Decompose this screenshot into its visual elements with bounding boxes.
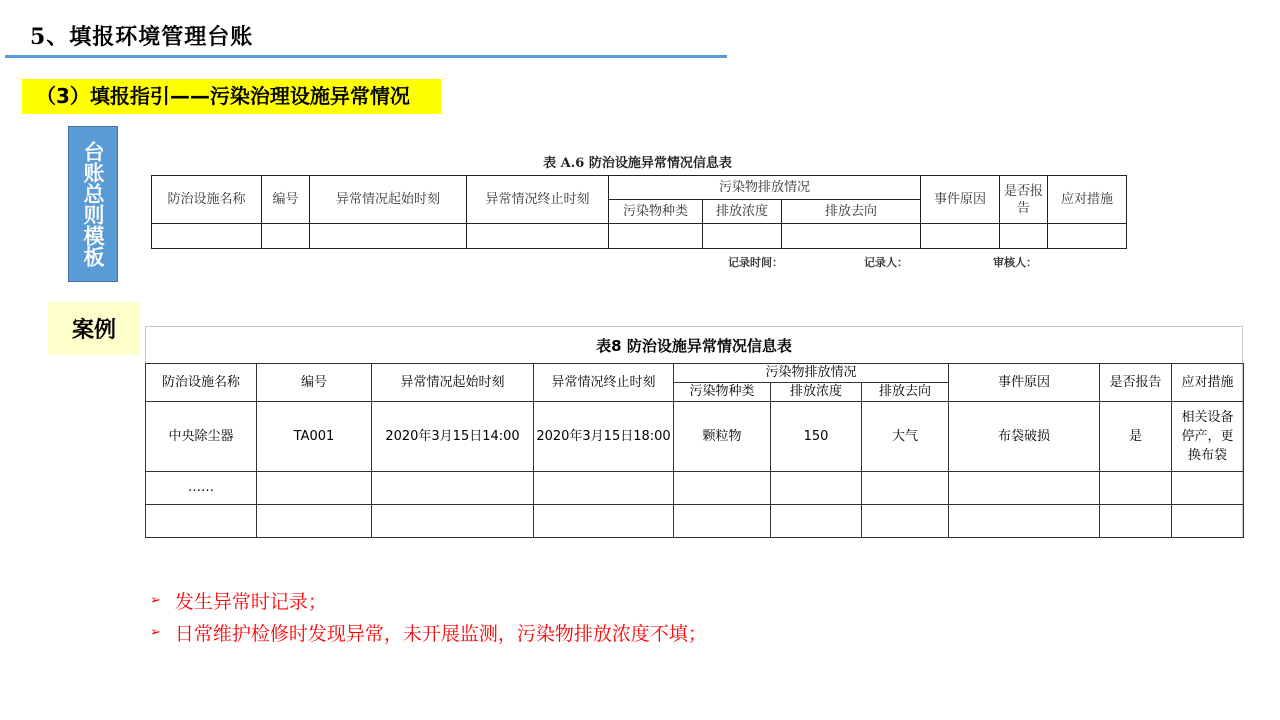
cell-start-time xyxy=(372,472,534,505)
cell xyxy=(1000,224,1048,249)
section-label: （3）填报指引——污染治理设施异常情况 xyxy=(22,79,441,114)
template-table: 防治设施名称 编号 异常情况起始时刻 异常情况终止时刻 污染物排放情况 事件原因… xyxy=(151,175,1127,249)
record-time-label: 记录时间： xyxy=(728,254,783,270)
cell xyxy=(609,224,703,249)
header-measures: 应对措施 xyxy=(1172,364,1244,402)
header-facility-name: 防治设施名称 xyxy=(146,364,257,402)
table-row: …… xyxy=(146,472,1244,505)
cell xyxy=(782,224,921,249)
header-start-time: 异常情况起始时刻 xyxy=(310,176,467,224)
cell-facility-name xyxy=(146,505,257,538)
cell-cause xyxy=(949,505,1100,538)
table-row: 中央除尘器 TA001 2020年3月15日14:00 2020年3月15日18… xyxy=(146,402,1244,472)
cell-facility-name: …… xyxy=(146,472,257,505)
header-reported: 是否报告 xyxy=(1000,176,1048,224)
page-title: 5、填报环境管理台账 xyxy=(30,20,253,51)
template-tag: 台账总则模板 xyxy=(68,126,118,282)
header-code: 编号 xyxy=(262,176,310,224)
cell xyxy=(1048,224,1127,249)
arrow-bullet-icon: ➢ xyxy=(150,625,161,640)
cell-reported xyxy=(1100,472,1172,505)
recorder-label: 记录人： xyxy=(864,254,908,270)
header-cause: 事件原因 xyxy=(921,176,1000,224)
header-emission-group: 污染物排放情况 xyxy=(674,364,949,383)
cell-cause: 布袋破损 xyxy=(949,402,1100,472)
note-item: ➢ 发生异常时记录； xyxy=(150,584,707,616)
cell-destination: 大气 xyxy=(862,402,949,472)
cell-end-time xyxy=(534,472,674,505)
table-row xyxy=(146,505,1244,538)
header-facility-name: 防治设施名称 xyxy=(152,176,262,224)
header-code: 编号 xyxy=(257,364,372,402)
cell xyxy=(467,224,609,249)
cell-concentration xyxy=(771,505,862,538)
cell-reported: 是 xyxy=(1100,402,1172,472)
header-start-time: 异常情况起始时刻 xyxy=(372,364,534,402)
header-reported: 是否报告 xyxy=(1100,364,1172,402)
cell xyxy=(262,224,310,249)
cell-measures xyxy=(1172,472,1244,505)
arrow-bullet-icon: ➢ xyxy=(150,593,161,608)
header-pollutant-type: 污染物种类 xyxy=(674,383,771,402)
header-emission-group: 污染物排放情况 xyxy=(609,176,921,200)
cell-pollutant-type xyxy=(674,472,771,505)
cell-measures: 相关设备停产，更换布袋 xyxy=(1172,402,1244,472)
cell-concentration xyxy=(771,472,862,505)
cell-destination xyxy=(862,505,949,538)
header-concentration: 排放浓度 xyxy=(771,383,862,402)
cell-destination xyxy=(862,472,949,505)
cell-end-time xyxy=(534,505,674,538)
cell xyxy=(921,224,1000,249)
cell-code xyxy=(257,505,372,538)
cell-pollutant-type: 颗粒物 xyxy=(674,402,771,472)
case-table: 防治设施名称 编号 异常情况起始时刻 异常情况终止时刻 污染物排放情况 事件原因… xyxy=(145,363,1244,538)
cell-start-time xyxy=(372,505,534,538)
notes-list: ➢ 发生异常时记录； ➢ 日常维护检修时发现异常，未开展监测，污染物排放浓度不填… xyxy=(150,584,707,648)
cell-measures xyxy=(1172,505,1244,538)
header-destination: 排放去向 xyxy=(862,383,949,402)
header-concentration: 排放浓度 xyxy=(703,200,782,224)
cell-code: TA001 xyxy=(257,402,372,472)
header-cause: 事件原因 xyxy=(949,364,1100,402)
cell-code xyxy=(257,472,372,505)
note-item: ➢ 日常维护检修时发现异常，未开展监测，污染物排放浓度不填； xyxy=(150,616,707,648)
note-text: 日常维护检修时发现异常，未开展监测，污染物排放浓度不填； xyxy=(175,619,707,646)
case-tag: 案例 xyxy=(48,302,140,355)
header-end-time: 异常情况终止时刻 xyxy=(534,364,674,402)
header-destination: 排放去向 xyxy=(782,200,921,224)
header-end-time: 异常情况终止时刻 xyxy=(467,176,609,224)
title-divider xyxy=(5,55,727,58)
case-table-caption: 表8 防治设施异常情况信息表 xyxy=(145,335,1243,356)
header-measures: 应对措施 xyxy=(1048,176,1127,224)
table-row xyxy=(152,224,1127,249)
cell-pollutant-type xyxy=(674,505,771,538)
note-text: 发生异常时记录； xyxy=(175,587,327,614)
cell xyxy=(310,224,467,249)
reviewer-label: 审核人： xyxy=(993,254,1037,270)
cell-start-time: 2020年3月15日14:00 xyxy=(372,402,534,472)
header-pollutant-type: 污染物种类 xyxy=(609,200,703,224)
cell-facility-name: 中央除尘器 xyxy=(146,402,257,472)
cell xyxy=(152,224,262,249)
cell-cause xyxy=(949,472,1100,505)
cell-reported xyxy=(1100,505,1172,538)
cell-concentration: 150 xyxy=(771,402,862,472)
cell-end-time: 2020年3月15日18:00 xyxy=(534,402,674,472)
cell xyxy=(703,224,782,249)
template-table-caption: 表 A.6 防治设施异常情况信息表 xyxy=(150,152,1125,171)
